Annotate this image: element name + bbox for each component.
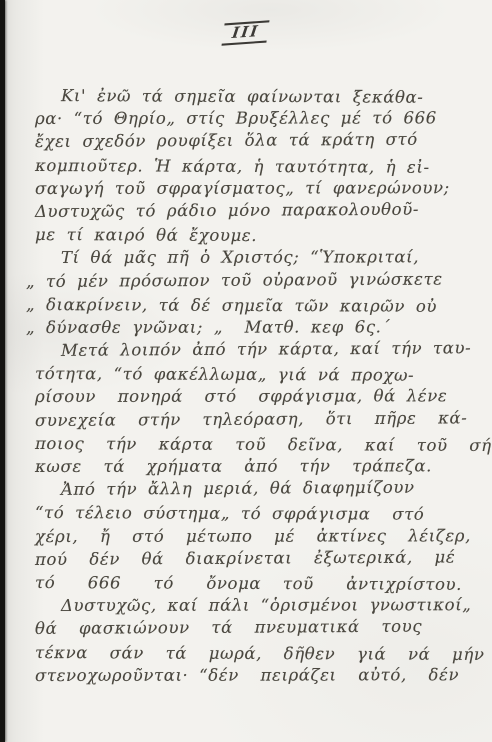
- manuscript-line: ρίσουν πονηρά στό σφράγισμα, θά λένε: [35, 385, 480, 409]
- manuscript-line: συνεχεία στήν τηλεόραση, ὅτι πῆρε κά-: [35, 406, 480, 432]
- manuscript-line: κομπιοῦτερ. Ἡ κάρτα, ἡ ταυτότητα, ἡ εἰ-: [35, 154, 480, 179]
- manuscript-line: „ τό μέν πρόσωπον τοῦ οὐρανοῦ γινώσκετε: [26, 267, 480, 293]
- manuscript-line: στενοχωροῦνται· “δέν πειράζει αὐτό, δέν: [35, 663, 480, 687]
- manuscript-line: σαγωγή τοῦ σφραγίσματος„ τί φανερώνουν;: [35, 176, 480, 200]
- scan-edge-shadow: [0, 0, 5, 742]
- manuscript-line: ποιος τήν κάρτα τοῦ δεῖνα, καί τοῦ σή-: [35, 432, 480, 457]
- manuscript-line: Δυστυχῶς τό ράδιο μόνο παρακολουθοῦ-: [35, 197, 480, 223]
- manuscript-line: “τό τέλειο σύστημα„ τό σφράγισμα στό: [35, 501, 480, 526]
- manuscript-line: Μετά λοιπόν ἀπό τήν κάρτα, καί τήν ταυ-: [35, 336, 480, 362]
- page-number-area: ΙΙΙ: [0, 22, 492, 44]
- manuscript-line: Ἀπό τήν ἄλλη μεριά, θά διαφημίζουν: [35, 475, 480, 501]
- manuscript-line: θά φασκιώνουν τά πνευματικά τους: [35, 615, 480, 641]
- manuscript-line: „ διακρίνειν, τά δέ σημεῖα τῶν καιρῶν οὐ: [26, 293, 480, 318]
- manuscript-text: Κι' ἐνῶ τά σημεῖα φαίνωνται ξεκάθα-ρα· “…: [35, 84, 480, 687]
- manuscript-line: τέκνα σάν τά μωρά, δῆθεν γιά νά μήν: [35, 641, 480, 666]
- manuscript-line: „ δύνασθε γνῶναι; „ Ματθ. κεφ 6ς.΄: [26, 315, 480, 339]
- manuscript-line: πού δέν θά διακρίνεται ἐξωτερικά, μέ: [35, 545, 480, 571]
- manuscript-line: χέρι, ἤ στό μέτωπο μέ ἀκτίνες λέιζερ,: [35, 524, 480, 548]
- scanned-manuscript-page: ΙΙΙ Κι' ἐνῶ τά σημεῖα φαίνωνται ξεκάθα-ρ…: [0, 0, 492, 742]
- page-number: ΙΙΙ: [222, 20, 270, 45]
- manuscript-line: ἔχει σχεδόν ρουφίξει ὅλα τά κράτη στό: [35, 128, 480, 154]
- manuscript-line: τό 666 τό ὄνομα τοῦ ἀντιχρίστου.: [35, 571, 480, 596]
- manuscript-line: κωσε τά χρήματα ἀπό τήν τράπεζα.: [35, 454, 480, 478]
- manuscript-line: Τί θά μᾶς πῆ ὁ Χριστός; “Ὑποκριταί,: [35, 246, 480, 270]
